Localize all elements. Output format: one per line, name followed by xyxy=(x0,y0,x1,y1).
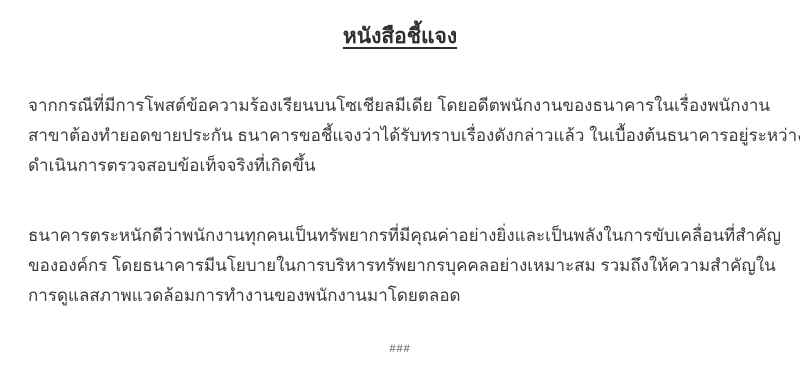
document-page: หนังสือชี้แจง จากกรณีที่มีการโพสต์ข้อควา… xyxy=(0,0,800,388)
paragraph-2-line-3: การดูแลสภาพแวดล้อมการทำงานของพนักงานมาโด… xyxy=(28,281,772,311)
paragraph-1-line-1: จากกรณีที่มีการโพสต์ข้อความร้องเรียนบนโซ… xyxy=(28,91,772,121)
end-of-document-mark: ### xyxy=(0,343,800,355)
paragraph-2: ธนาคารตระหนักดีว่าพนักงานทุกคนเป็นทรัพยา… xyxy=(28,221,772,311)
paragraph-1-line-2: สาขาต้องทำยอดขายประกัน ธนาคารขอชี้แจงว่า… xyxy=(28,121,772,151)
paragraph-1-line-3: ดำเนินการตรวจสอบข้อเท็จจริงที่เกิดขึ้น xyxy=(28,151,772,181)
document-title: หนังสือชี้แจง xyxy=(28,20,772,53)
paragraph-2-line-2: ขององค์กร โดยธนาคารมีนโยบายในการบริหารทร… xyxy=(28,251,772,281)
paragraph-2-line-1: ธนาคารตระหนักดีว่าพนักงานทุกคนเป็นทรัพยา… xyxy=(28,221,772,251)
paragraph-1: จากกรณีที่มีการโพสต์ข้อความร้องเรียนบนโซ… xyxy=(28,91,772,181)
